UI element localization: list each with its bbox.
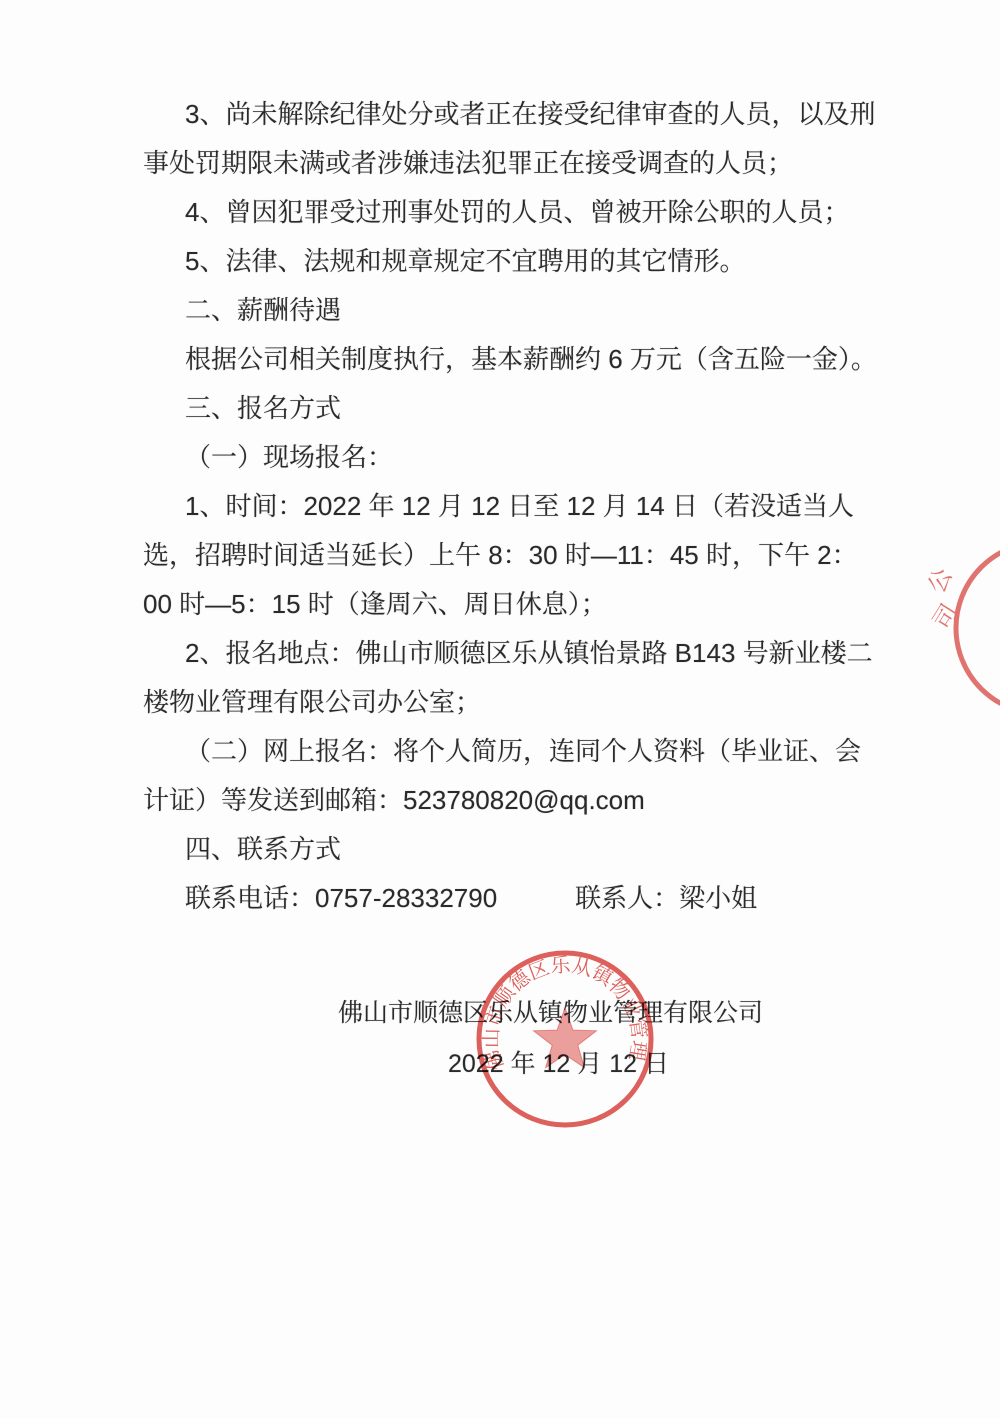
text-line: 四、联系方式 (143, 825, 873, 874)
text-line: 3、尚未解除纪律处分或者正在接受纪律审查的人员，以及刑 (143, 90, 873, 139)
partial-seal-char-top: 公 (923, 564, 958, 597)
signature-date: 2022 年 12 月 12 日 (448, 1044, 669, 1080)
text-line: 5、法律、法规和规章规定不宜聘用的其它情形。 (143, 237, 873, 286)
text-line: 三、报名方式 (143, 384, 873, 433)
text-line: 4、曾因犯罪受过刑事处罚的人员、曾被开除公职的人员； (143, 188, 873, 237)
text-line: 楼物业管理有限公司办公室； (143, 678, 873, 727)
text-line: 二、薪酬待遇 (143, 286, 873, 335)
signature-company: 佛山市顺德区乐从镇物业管理有限公司 (338, 993, 763, 1029)
text-line: 2、报名地点：佛山市顺德区乐从镇怡景路 B143 号新业楼二 (143, 629, 873, 678)
text-line: （二）网上报名：将个人简历，连同个人资料（毕业证、会 (143, 727, 873, 776)
text-line: 根据公司相关制度执行，基本薪酬约 6 万元（含五险一金）。 (143, 335, 873, 384)
text-line: 事处罚期限未满或者涉嫌违法犯罪正在接受调查的人员； (143, 139, 873, 188)
partial-seal-stamp: 公 司 (920, 523, 1000, 723)
text-line: 联系电话：0757-28332790 联系人：梁小姐 (143, 874, 873, 923)
text-line: 00 时—5：15 时（逢周六、周日休息）； (143, 580, 873, 629)
text-line: 选，招聘时间适当延长）上午 8：30 时—11：45 时，下午 2： (143, 531, 873, 580)
partial-seal-char-bottom: 司 (928, 600, 964, 635)
seal-ring (479, 953, 651, 1125)
text-line: 1、时间：2022 年 12 月 12 日至 12 月 14 日（若没适当人 (143, 482, 873, 531)
document-body: 3、尚未解除纪律处分或者正在接受纪律审查的人员，以及刑事处罚期限未满或者涉嫌违法… (143, 90, 873, 923)
text-line: 计证）等发送到邮箱：523780820@qq.com (143, 776, 873, 825)
partial-seal-ring (956, 542, 1000, 714)
company-seal-stamp: 佛山市顺德区乐从镇物业管理有限公司 (470, 943, 660, 1133)
scanned-document-page: 3、尚未解除纪律处分或者正在接受纪律审查的人员，以及刑事处罚期限未满或者涉嫌违法… (0, 0, 1000, 1419)
text-line: （一）现场报名： (143, 433, 873, 482)
